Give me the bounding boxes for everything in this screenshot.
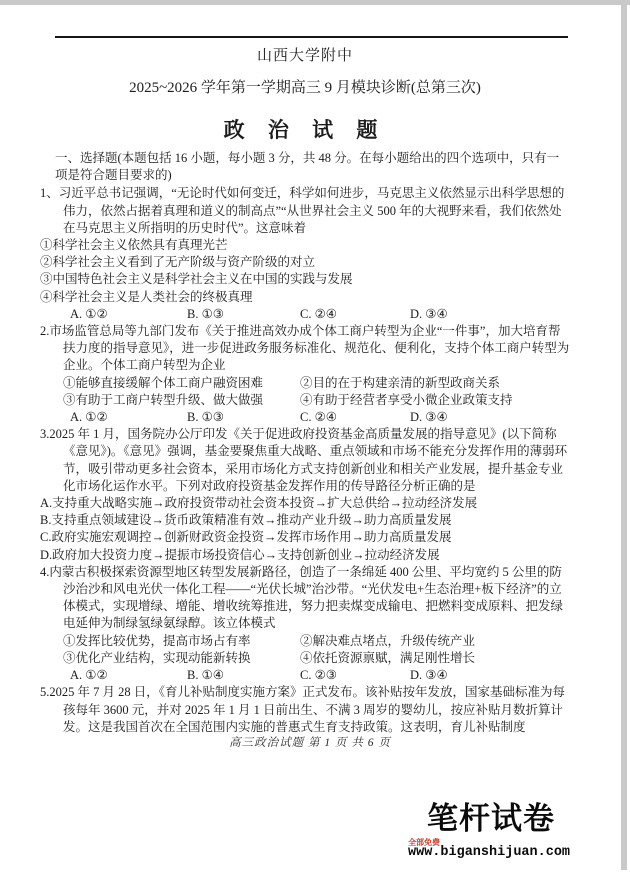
question-4-choice-c: C. ②③ xyxy=(300,667,410,684)
question-3-option-b: B.支持重点领域建设→货币政策精准有效→推动产业升级→助力高质量发展 xyxy=(40,512,570,529)
question-4-choice-a: A. ①② xyxy=(70,667,187,684)
page-title: 政 治 试 题 xyxy=(40,114,570,144)
question-2: 2.市场监管总局等九部门发布《关于推进高效办成个体工商户转型为企业“一件事”，加… xyxy=(40,323,570,426)
question-1-stem-text: 习近平总书记强调，“无论时代如何变迁，科学如何进步，马克思主义依然显示出科学思想… xyxy=(59,186,565,234)
question-4-item-3: ③优化产业结构，实现动能新转换 xyxy=(63,650,300,667)
question-2-stem: 2.市场监管总局等九部门发布《关于推进高效办成个体工商户转型为企业“一件事”，加… xyxy=(40,323,570,375)
question-2-item-row-1: ①能够直接缓解个体工商户融资困难 ②目的在于构建亲清的新型政商关系 xyxy=(63,375,570,392)
page-footer: 高三政治试题 第 1 页 共 6 页 xyxy=(0,734,620,750)
question-2-choice-b: B. ①③ xyxy=(187,409,300,426)
question-2-item-4: ④有助于经营者享受小微企业政策支持 xyxy=(300,392,570,409)
question-5-stem: 5.2025 年 7 月 28 日，《育儿补贴制度实施方案》正式发布。该补贴按年… xyxy=(40,684,570,736)
question-3-option-c: C.政府实施宏观调控→创新财政资金投资→发挥市场作用→助力高质量发展 xyxy=(40,529,570,546)
question-3-option-a: A.支持重大战略实施→政府投资带动社会资本投资→扩大总供给→拉动经济发展 xyxy=(40,495,570,512)
question-4-choice-d: D. ③④ xyxy=(410,667,570,684)
question-1-stem: 1、习近平总书记强调，“无论时代如何变迁，科学如何进步，马克思主义依然显示出科学… xyxy=(40,185,570,237)
question-3: 3.2025 年 1 月，国务院办公厅印发《关于促进政府投资基金高质量发展的指导… xyxy=(40,426,570,564)
question-4-stem-text: 内蒙古积极探索资源型地区转型发展新路径，创造了一条绵延 400 公里、平均宽约 … xyxy=(49,565,563,631)
question-3-stem: 3.2025 年 1 月，国务院办公厅印发《关于促进政府投资基金高质量发展的指导… xyxy=(40,426,570,495)
question-2-item-row-2: ③有助于工商户转型升级、做大做强 ④有助于经营者享受小微企业政策支持 xyxy=(63,392,570,409)
question-2-answer-row: A. ①② B. ①③ C. ②④ D. ③④ xyxy=(70,409,570,426)
watermark-logo: 笔杆试卷 全部免费 www.biganshijuan.com xyxy=(408,801,583,871)
question-1-item-2: ②科学社会主义看到了无产阶级与资产阶级的对立 xyxy=(40,254,570,271)
question-1: 1、习近平总书记强调，“无论时代如何变迁，科学如何进步，马克思主义依然显示出科学… xyxy=(40,185,570,323)
question-2-choice-d: D. ③④ xyxy=(410,409,570,426)
question-4-item-row-2: ③优化产业结构，实现动能新转换 ④依托资源禀赋，满足刚性增长 xyxy=(63,650,570,667)
question-4-item-2: ②解决难点堵点，升级传统产业 xyxy=(300,633,570,650)
section-header: 一、选择题(本题包括 16 小题，每小题 3 分，共 48 分。在每小题给出的四… xyxy=(55,150,569,184)
question-1-choice-c: C. ②④ xyxy=(300,306,410,323)
question-4-answer-row: A. ①② B. ①④ C. ②③ D. ③④ xyxy=(70,667,570,684)
exam-page: 山西大学附中 2025~2026 学年第一学期高三 9 月模块诊断(总第三次) … xyxy=(40,42,570,736)
question-4-item-1: ①发挥比较优势，提高市场占有率 xyxy=(63,633,300,650)
question-4-number: 4. xyxy=(40,565,49,579)
top-border xyxy=(0,0,630,5)
question-1-choice-a: A. ①② xyxy=(70,306,187,323)
school-name: 山西大学附中 xyxy=(40,44,570,65)
question-3-stem-text: 2025 年 1 月，国务院办公厅印发《关于促进政府投资基金高质量发展的指导意见… xyxy=(49,427,567,493)
question-4-item-4: ④依托资源禀赋，满足刚性增长 xyxy=(300,650,570,667)
question-2-choice-a: A. ①② xyxy=(70,409,187,426)
question-4-item-row-1: ①发挥比较优势，提高市场占有率 ②解决难点堵点，升级传统产业 xyxy=(63,633,570,650)
question-3-option-d: D.政府加大投资力度→提振市场投资信心→支持创新创业→拉动经济发展 xyxy=(40,547,570,564)
question-1-item-1: ①科学社会主义依然具有真理光芒 xyxy=(40,237,570,254)
question-4: 4.内蒙古积极探索资源型地区转型发展新路径，创造了一条绵延 400 公里、平均宽… xyxy=(40,564,570,684)
question-1-choice-b: B. ①③ xyxy=(187,306,300,323)
watermark-brand: 笔杆试卷 xyxy=(427,801,555,837)
right-border xyxy=(621,0,627,870)
question-3-number: 3. xyxy=(40,427,49,441)
question-5-number: 5. xyxy=(40,685,49,699)
question-1-item-4: ④科学社会主义是人类社会的终极真理 xyxy=(40,289,570,306)
question-1-item-3: ③中国特色社会主义是科学社会主义在中国的实践与发展 xyxy=(40,271,570,288)
question-1-number: 1、 xyxy=(40,186,59,200)
question-2-item-3: ③有助于工商户转型升级、做大做强 xyxy=(63,392,300,409)
question-4-stem: 4.内蒙古积极探索资源型地区转型发展新路径，创造了一条绵延 400 公里、平均宽… xyxy=(40,564,570,633)
question-4-choice-b: B. ①④ xyxy=(187,667,300,684)
question-2-item-2: ②目的在于构建亲清的新型政商关系 xyxy=(300,375,570,392)
header-rule xyxy=(55,36,568,38)
question-5-stem-text: 2025 年 7 月 28 日，《育儿补贴制度实施方案》正式发布。该补贴按年发放… xyxy=(49,685,565,733)
question-2-choice-c: C. ②④ xyxy=(300,409,410,426)
watermark-url: www.biganshijuan.com xyxy=(408,845,570,860)
question-2-number: 2. xyxy=(40,324,49,338)
question-2-item-1: ①能够直接缓解个体工商户融资困难 xyxy=(63,375,300,392)
question-2-stem-text: 市场监管总局等九部门发布《关于推进高效办成个体工商户转型为企业“一件事”，加大培… xyxy=(49,324,569,372)
exam-subtitle: 2025~2026 学年第一学期高三 9 月模块诊断(总第三次) xyxy=(40,76,570,97)
question-5: 5.2025 年 7 月 28 日，《育儿补贴制度实施方案》正式发布。该补贴按年… xyxy=(40,684,570,736)
question-1-answer-row: A. ①② B. ①③ C. ②④ D. ③④ xyxy=(70,306,570,323)
question-1-choice-d: D. ③④ xyxy=(410,306,570,323)
